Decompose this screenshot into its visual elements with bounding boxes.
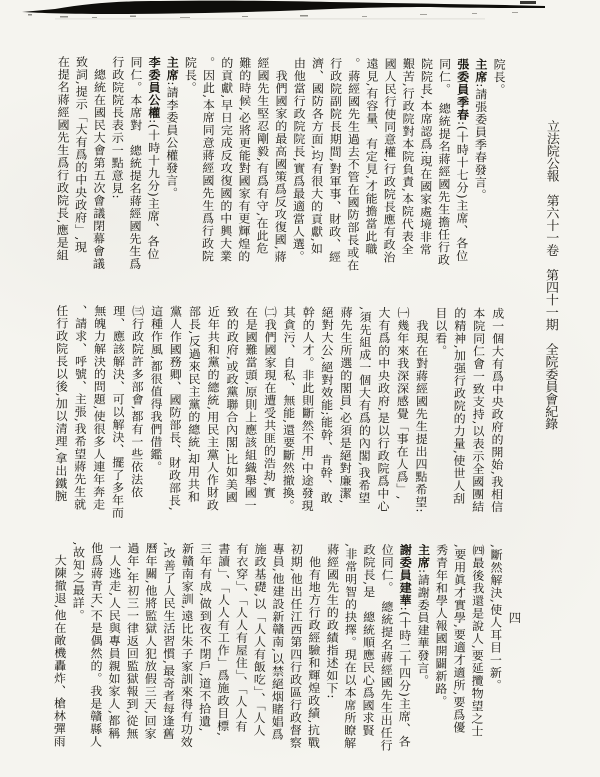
text-column: 目以看。 (434, 307, 448, 357)
text-column: 致的政府,或政黨聯合內閣,比如美國 (224, 306, 239, 504)
text-column: ,故知之最詳。 (71, 542, 85, 622)
text-band-upper: 院長。主席:請張委員季春發言。張委員季春:(十時十七分)主席、各位同仁。 總統提… (55, 56, 506, 287)
text-column: 絕對大公,絕對效能;能幹、肯幹、敢 (319, 306, 334, 504)
text-column: ㈢行政院許多部會,都有一些依法依 (129, 305, 144, 499)
text-column: 我們國家的最高國策爲反攻復國,蔣 (273, 57, 288, 263)
text-column: 總統在國民大會第五次會議閉幕會議 (91, 56, 106, 270)
text-column: 近年共和黨的總統,用民主黨人作財政 (205, 305, 220, 511)
text-column: 他有地方行政經驗和輝煌政績,抗戰 (306, 543, 321, 749)
text-column: 蔣先生所選的閣員,必須是絕對廉潔, (338, 306, 353, 504)
text-column: 其貪污、自私、無能,還要斷然撤換。 (281, 306, 296, 512)
text-column: ,要用眞才實學,要適才適所,要爲優 (452, 544, 467, 734)
text-column: 謝委員建華:(十時二十四分)主席、各 (397, 544, 412, 748)
text-column: 致詞,提示「大有爲的中央政府」,現 (73, 56, 88, 254)
text-column: 理、應該解決、可以解決、擺了多年而 (110, 305, 125, 519)
text-column: 艱苦,行政院對本院負責,本院代表全 (400, 58, 415, 256)
text-column: 、請求、呼號、主張,我希望蔣先生就 (73, 305, 88, 511)
text-column: 新贛南家訓,遠比朱子家訓來得有功效 (179, 542, 194, 748)
text-column: 同仁。 總統提名蔣經國先生擔任行政 (436, 58, 451, 266)
scanned-content: 立法院公報 第六十一卷 第四十一期 全院委員會紀錄 四 院長。主席:請張委員季春… (0, 0, 600, 777)
text-column: 我現在對蔣經國先生提出四點希望: (414, 307, 429, 513)
text-column: 院長。 (492, 58, 506, 96)
text-column: 秀青年和學人報國開闢新路。 (434, 544, 449, 708)
text-column: 部長,反過來民主黨的總統,却用共和 (186, 305, 201, 503)
text-column: 過年,年初三一律返回監獄報到,從無 (125, 542, 140, 740)
text-column: 在是國難當頭,原則上應該組織舉國一 (243, 306, 258, 512)
text-column: 大陳撤退,他在敵機轟炸、槍林彈雨 (52, 542, 67, 748)
text-column: 有衣穿」、「人人有屋住」、「人人有 (234, 543, 249, 733)
text-column: 成一個大有爲中央政府的開始,我相信 (490, 307, 505, 513)
text-column: 由他當行政院院長,實爲最適當人選。 (291, 57, 306, 263)
text-column: 李委員公權:(十時十九分)主席、各位 (146, 56, 161, 260)
text-column: 黨人作國務卿、國防部長、財政部長, (167, 305, 182, 511)
text-column: 難的時候,必將更能對國家有更輝煌的 (237, 57, 252, 263)
text-column: 書讀」、「人人有工作」爲施政目標, (216, 542, 231, 736)
text-column: 位同仁。 總統提名蔣經國先生出任行 (379, 543, 394, 751)
masthead-title: 立法院公報 第六十一卷 第四十一期 全院委員會紀錄 (541, 119, 560, 429)
text-column: 蔣經國先生的政績指述如下: (325, 543, 340, 699)
text-column: 行政院院長表示一點意見: (110, 56, 125, 199)
text-column: 施政基礎,以「人人有飯吃」、「人人 (252, 543, 267, 737)
page-number: 四 (505, 611, 523, 624)
text-column: ㈣最後我還是說人,要延攬物望之士 (470, 544, 485, 738)
text-column: 幹的人才。非此則斷然不用,中途發現 (300, 306, 315, 512)
text-column: ,非常明智的抉擇。現在以本席所瞭解 (343, 543, 358, 749)
text-column: 同仁。本席對 總統提名蔣經國先生爲 (128, 56, 143, 270)
text-column: 濟、國防各方面,均有很大的貢獻,如 (309, 57, 324, 255)
text-column: 專員,他建設新贛南,以禁絕烟賭娼爲 (270, 543, 285, 741)
text-column: 的貢獻,早日完成反攻復國的中興大業 (219, 57, 234, 263)
text-column: ,須先組成一個大有爲的內閣,我希望 (357, 306, 372, 504)
text-column: 大有爲的中央政府,是以行政院爲中心 (376, 306, 391, 512)
text-column: ,改善了人民生活習慣,最奇者每逢舊 (161, 542, 176, 740)
text-column: 一人逃走,人民與專員親如家人,都稱 (107, 542, 122, 740)
text-column: 三年有成,做到夜不閉戶,道不拾遺, (198, 542, 213, 732)
text-column: 院長。 (183, 56, 197, 94)
text-band-lower: ,斷然解決,使人耳目一新。㈣最後我還是說人,要延攬物望之士,要用眞才實學,要適才… (52, 542, 503, 773)
text-column: ,斷然解決,使人耳目一新。 (488, 544, 503, 692)
text-column: 行政院副院長期間,對軍事、財政、經 (327, 57, 342, 263)
text-column: 張委員季春:(十時十七分)主席、各位 (455, 58, 470, 262)
text-column: ㈠幾年來我深深感覺「事在人爲」, (395, 307, 410, 501)
text-column: 經國先生堅忍剛毅,有爲有守,在此危 (255, 57, 270, 255)
text-column: 院院長,本席認爲:現在國家處境非常 (418, 58, 433, 256)
text-column: 任行政院長以後,加以清理,拿出鐵腕 (54, 305, 69, 503)
text-column: 政院長,是 總統順應民心爲國求賢 (361, 543, 376, 737)
text-column: 的精神,加强行政院的力量,使世人刮 (452, 307, 467, 505)
text-column: 本院同仁會一致支持,以表示全國團結 (471, 307, 486, 513)
gazette-page: 立法院公報 第六十一卷 第四十一期 全院委員會紀錄 四 院長。主席:請張委員季春… (0, 0, 600, 777)
text-column: 無魄力解決的問題,使很多人連年奔走 (92, 305, 107, 511)
text-band-middle: 成一個大有爲中央政府的開始,我相信本院同仁會一致支持,以表示全國團結的精神,加强… (54, 305, 505, 522)
text-column: 曆年關,他將監獄人犯放假三天,回家 (143, 542, 158, 740)
text-column: 初期,他出任江西第四行政區行政督察 (288, 543, 303, 749)
text-column: 主席:請張委員季春發言。 (473, 58, 488, 201)
text-column: 這種作風,都很值得我們借鑑。 (149, 305, 164, 473)
text-column: 在提名蔣經國先生爲行政院長,應是組 (55, 56, 70, 262)
text-column: 他爲蔣青天,不是偶然的。我是贛縣人 (88, 542, 103, 748)
text-column: ㈡我們國家現在遭受共匪的浩劫,實 (262, 306, 277, 500)
text-column: 遠見,有容量、有定見,才能擔當此職 (364, 57, 379, 255)
text-column: 。蔣經國先生過去不管在國防部長或在 (346, 57, 361, 271)
text-column: 。因此,本席同意蔣經國先生爲行政院 (200, 56, 215, 262)
text-column: 主席:請謝委員建華發言。 (416, 544, 431, 687)
text-column: 國人民行使同意權,行政院長應有政治 (382, 58, 397, 264)
text-column: 主席:請李委員公權發言。 (164, 56, 179, 199)
